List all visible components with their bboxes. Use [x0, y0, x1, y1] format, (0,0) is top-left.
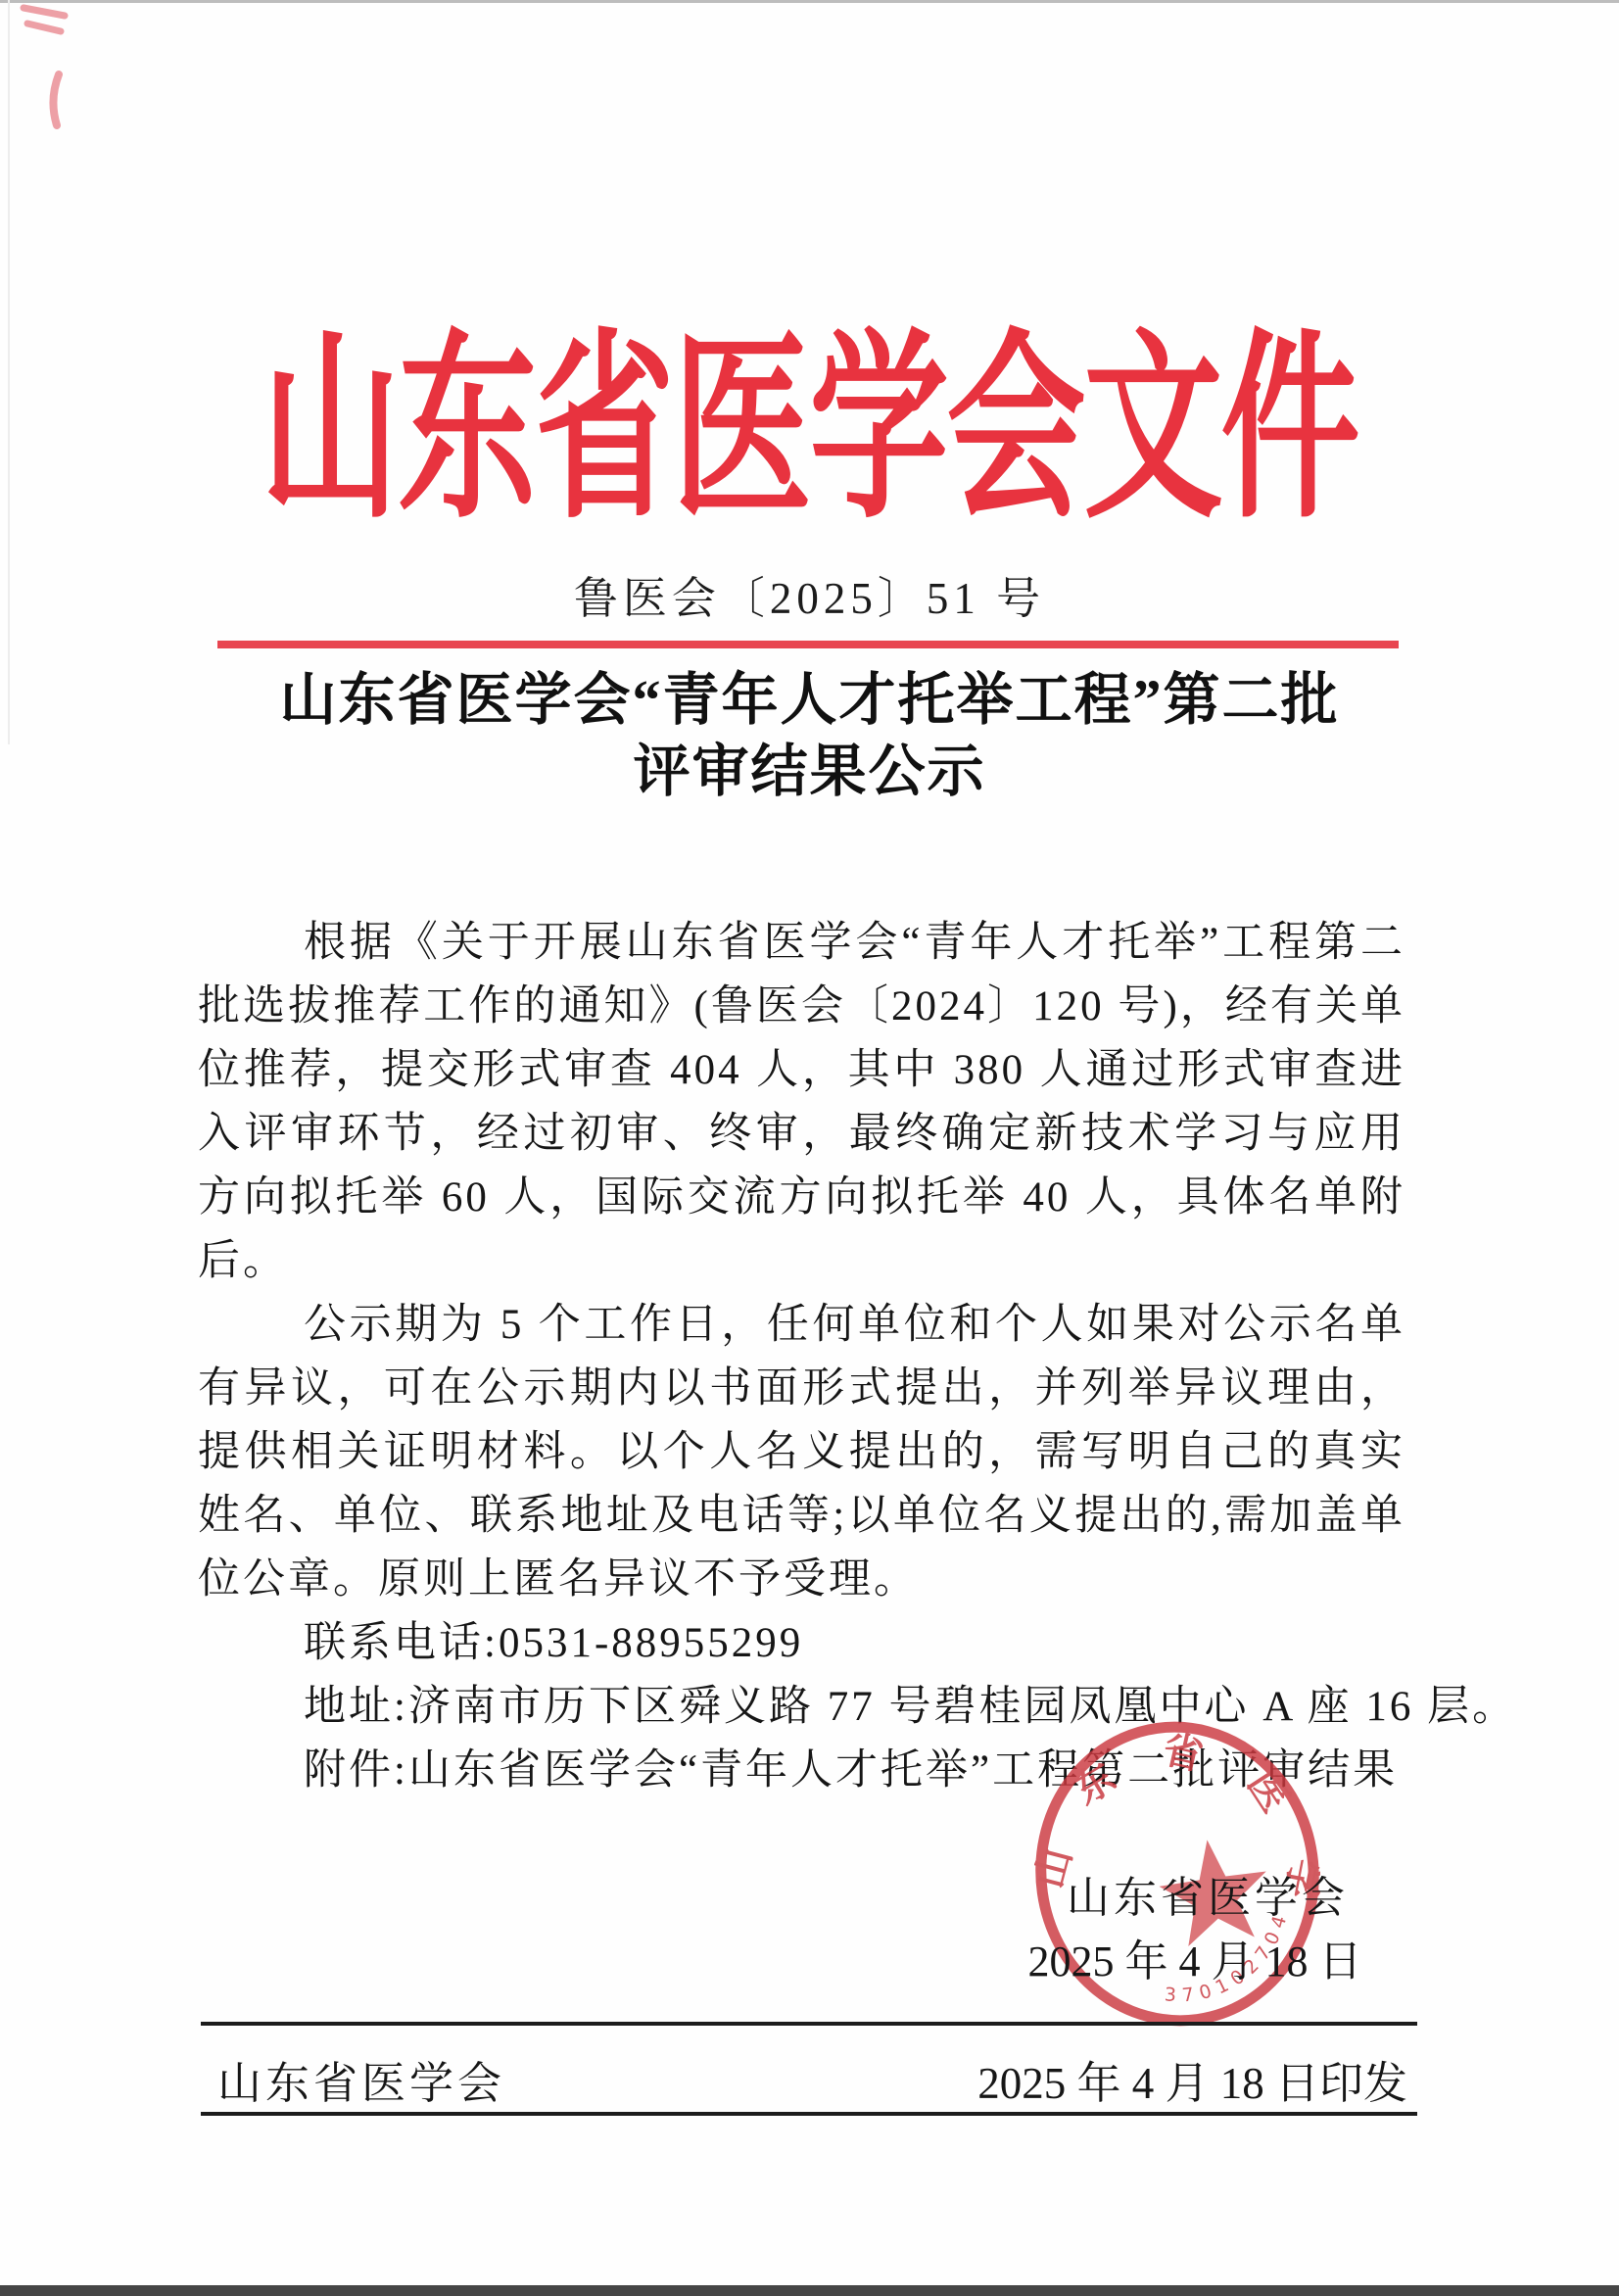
document-page: 山东省医学会文件 鲁医会〔2025〕51 号 山东省医学会“青年人才托举工程”第… — [0, 0, 1619, 2296]
footer-rule-bottom — [201, 2112, 1417, 2116]
signature-date: 2025 年 4 月 18 日 — [1009, 1926, 1381, 1988]
document-title-line1: 山东省医学会“青年人才托举工程”第二批 — [0, 664, 1619, 736]
footer-issue-date: 2025 年 4 月 18 日印发 — [960, 2047, 1407, 2111]
body-paragraph-1: 根据《关于开展山东省医学会“青年人才托举”工程第二批选拔推荐工作的通知》(鲁医会… — [198, 911, 1405, 1293]
red-separator-rule — [217, 641, 1399, 648]
document-title-line2: 评审结果公示 — [0, 736, 1619, 807]
signature-org: 山东省医学会 — [1036, 1862, 1379, 1925]
letterhead-title: 山东省医学会文件 — [0, 266, 1619, 556]
document-body: 根据《关于开展山东省医学会“青年人才托举”工程第二批选拔推荐工作的通知》(鲁医会… — [198, 911, 1405, 1802]
body-paragraph-2: 公示期为 5 个工作日，任何单位和个人如果对公示名单有异议，可在公示期内以书面形… — [198, 1293, 1405, 1611]
document-number: 鲁医会〔2025〕51 号 — [0, 562, 1619, 626]
document-title: 山东省医学会“青年人才托举工程”第二批 评审结果公示 — [0, 664, 1619, 807]
footer-rule-top — [201, 2022, 1417, 2026]
scan-top-edge — [0, 0, 1619, 3]
scan-bottom-edge — [0, 2285, 1619, 2296]
scan-ink-artifact — [18, 2, 76, 37]
footer-org: 山东省医学会 — [217, 2047, 505, 2111]
scan-ink-artifact — [35, 71, 78, 131]
contact-phone-line: 联系电话:0531-88955299 — [198, 1611, 1405, 1675]
